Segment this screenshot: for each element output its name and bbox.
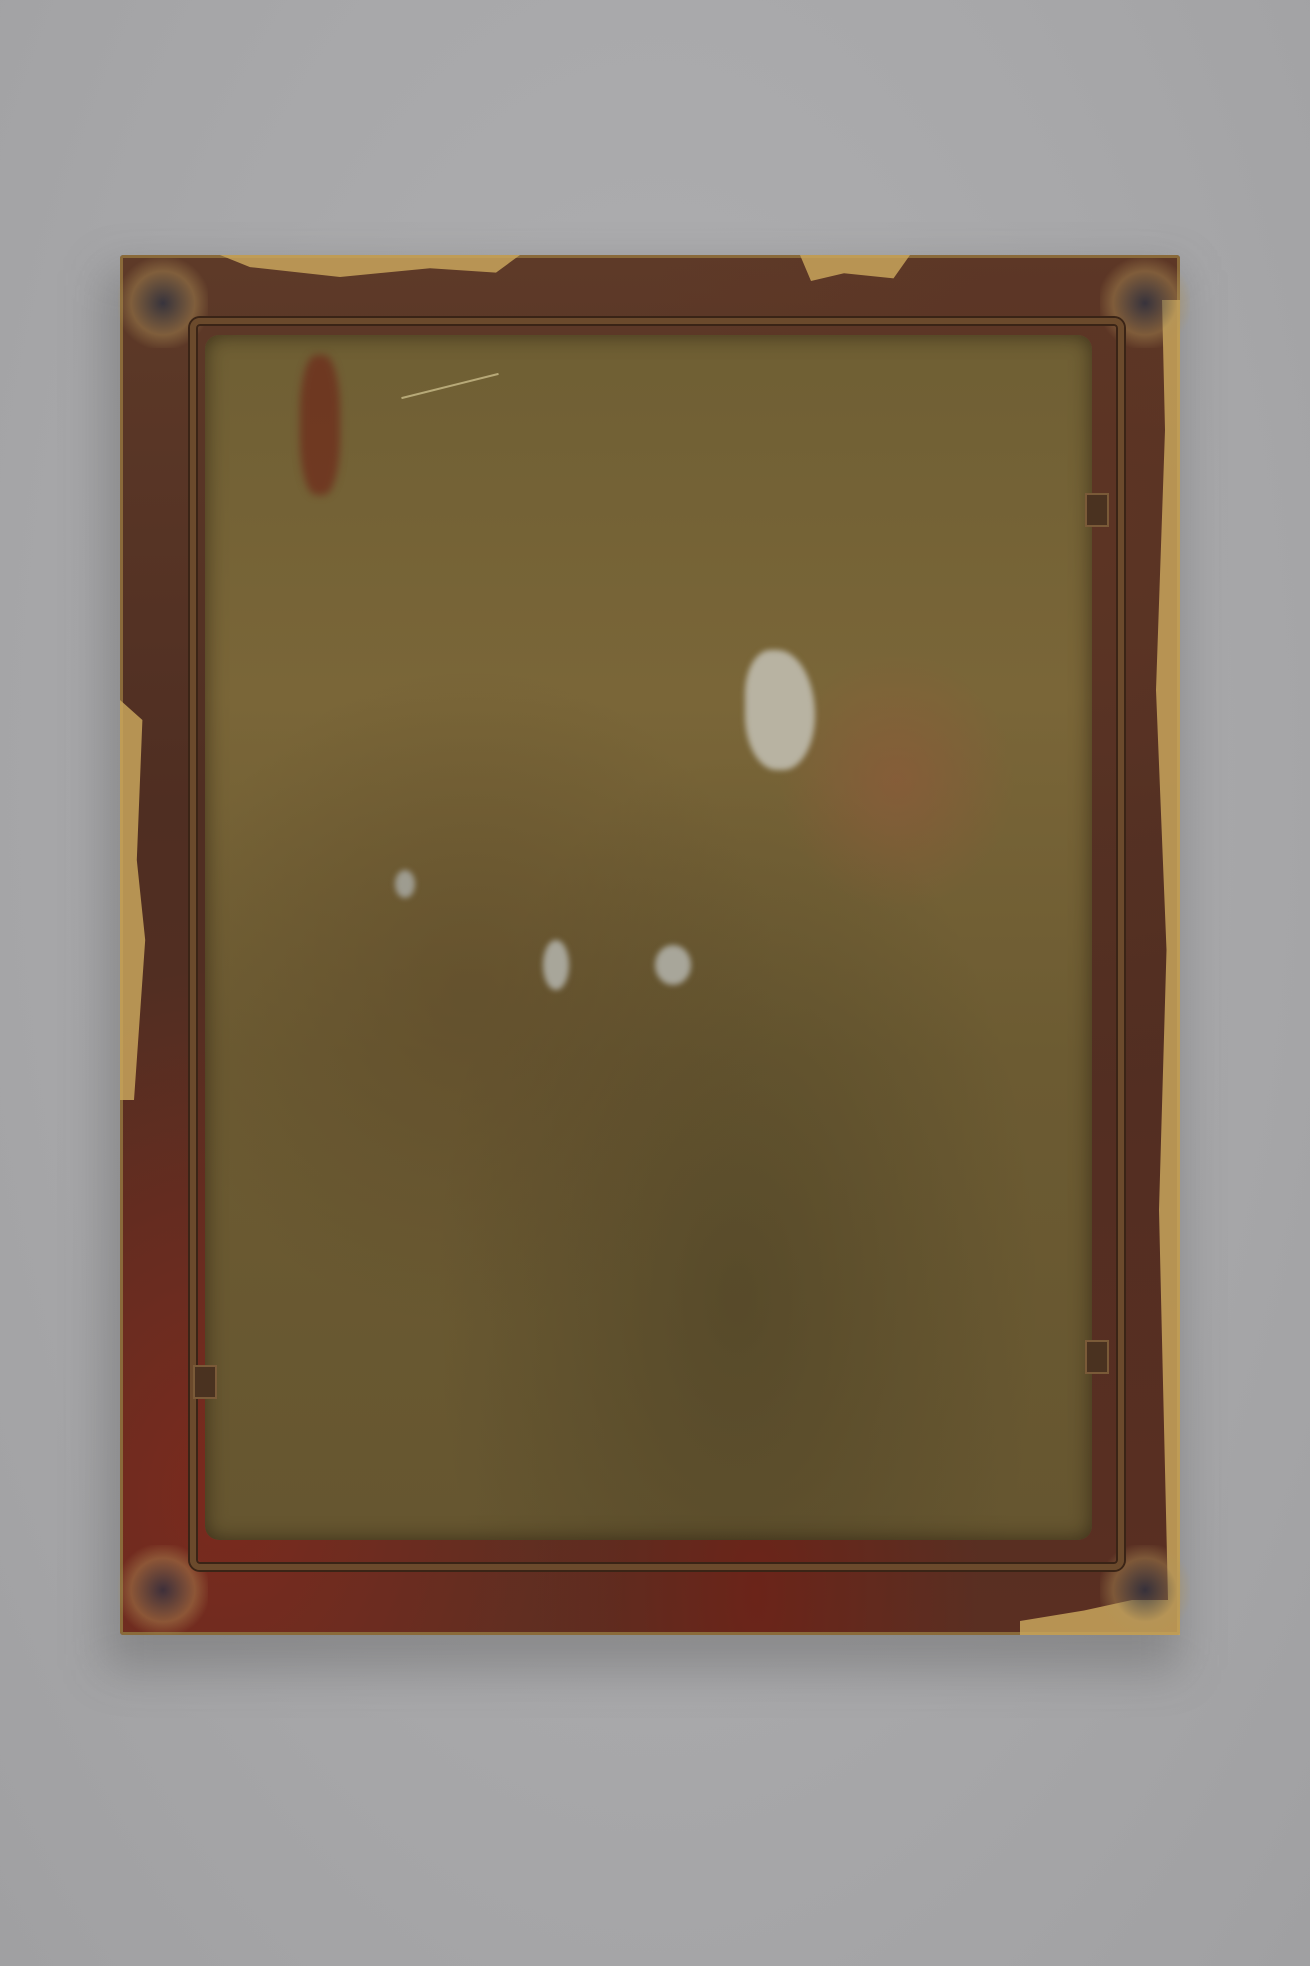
brass-back-panel — [205, 335, 1092, 1540]
retaining-clip — [1085, 493, 1109, 527]
photo-scene — [0, 0, 1310, 1966]
corrosion-spot — [543, 940, 569, 990]
corrosion-spot — [655, 945, 691, 985]
retaining-clip — [193, 1365, 217, 1399]
retaining-clip — [1085, 1340, 1109, 1374]
red-stain — [300, 355, 340, 495]
corrosion-spot — [395, 870, 415, 898]
